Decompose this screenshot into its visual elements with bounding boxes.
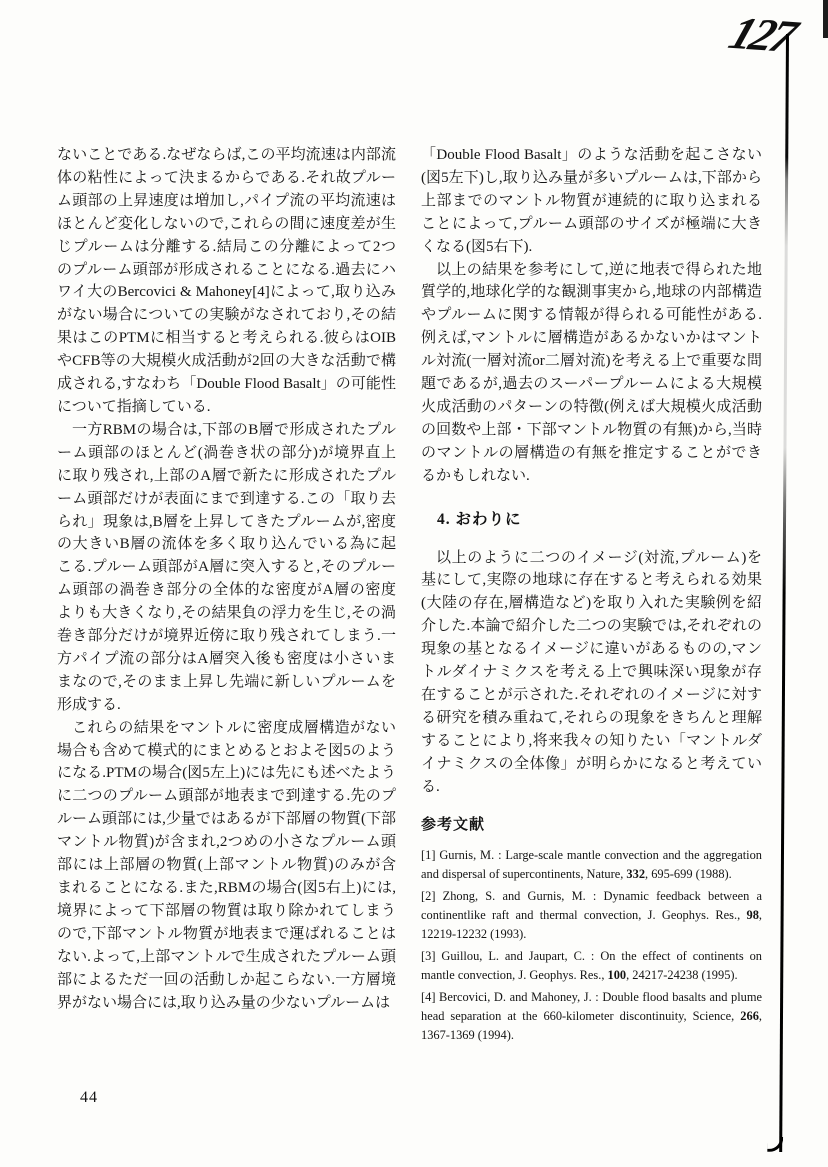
right-column: 「Double Flood Basalt」のような活動を起こさない(図5左下)し… <box>421 144 762 1048</box>
scanned-paper-page: ないことである.なぜならば,この平均流速は内部流体の粘性によって決まるからである… <box>0 0 828 1167</box>
section-heading: 4. おわりに <box>437 509 762 532</box>
left-column: ないことである.なぜならば,この平均流速は内部流体の粘性によって決まるからである… <box>57 144 396 1014</box>
reference-text: [2] Zhong, S. and Gurnis, M. : Dynamic f… <box>421 889 762 922</box>
handwritten-page-mark: 127 <box>723 7 802 63</box>
scan-edge-line <box>779 34 789 1152</box>
body-paragraph: 一方RBMの場合は,下部のB層で形成されたプルーム頭部のほとんど(渦巻き状の部分… <box>57 419 396 717</box>
reference-volume: 266 <box>740 1009 759 1023</box>
page-number: 44 <box>80 1089 98 1107</box>
reference-volume: 98 <box>747 908 759 922</box>
reference-volume: 332 <box>626 867 645 881</box>
reference-item: [3] Guillou, L. and Jaupart, C. : On the… <box>421 947 762 985</box>
reference-list: [1] Gurnis, M. : Large-scale mantle conv… <box>421 846 762 1045</box>
reference-item: [4] Bercovici, D. and Mahoney, J. : Doub… <box>421 988 762 1045</box>
reference-text: , 24217-24238 (1995). <box>626 968 738 982</box>
body-paragraph: 以上のように二つのイメージ(対流,プルーム)を基にして,実際の地球に存在すると考… <box>421 547 762 799</box>
scan-corner-mark <box>823 0 828 38</box>
body-paragraph: 「Double Flood Basalt」のような活動を起こさない(図5左下)し… <box>421 144 762 259</box>
body-paragraph: ないことである.なぜならば,この平均流速は内部流体の粘性によって決まるからである… <box>57 144 396 419</box>
body-paragraph: これらの結果をマントルに密度成層構造がない場合も含めて模式的にまとめるとおよそ図… <box>57 717 396 1015</box>
body-paragraph: 以上の結果を参考にして,逆に地表で得られた地質学的,地球化学的な観測事実から,地… <box>421 259 762 488</box>
reference-text: , 695-699 (1988). <box>645 867 732 881</box>
reference-text: [4] Bercovici, D. and Mahoney, J. : Doub… <box>421 990 762 1023</box>
reference-volume: 100 <box>608 968 627 982</box>
reference-item: [2] Zhong, S. and Gurnis, M. : Dynamic f… <box>421 887 762 944</box>
references-heading: 参考文献 <box>421 814 762 837</box>
reference-item: [1] Gurnis, M. : Large-scale mantle conv… <box>421 846 762 884</box>
